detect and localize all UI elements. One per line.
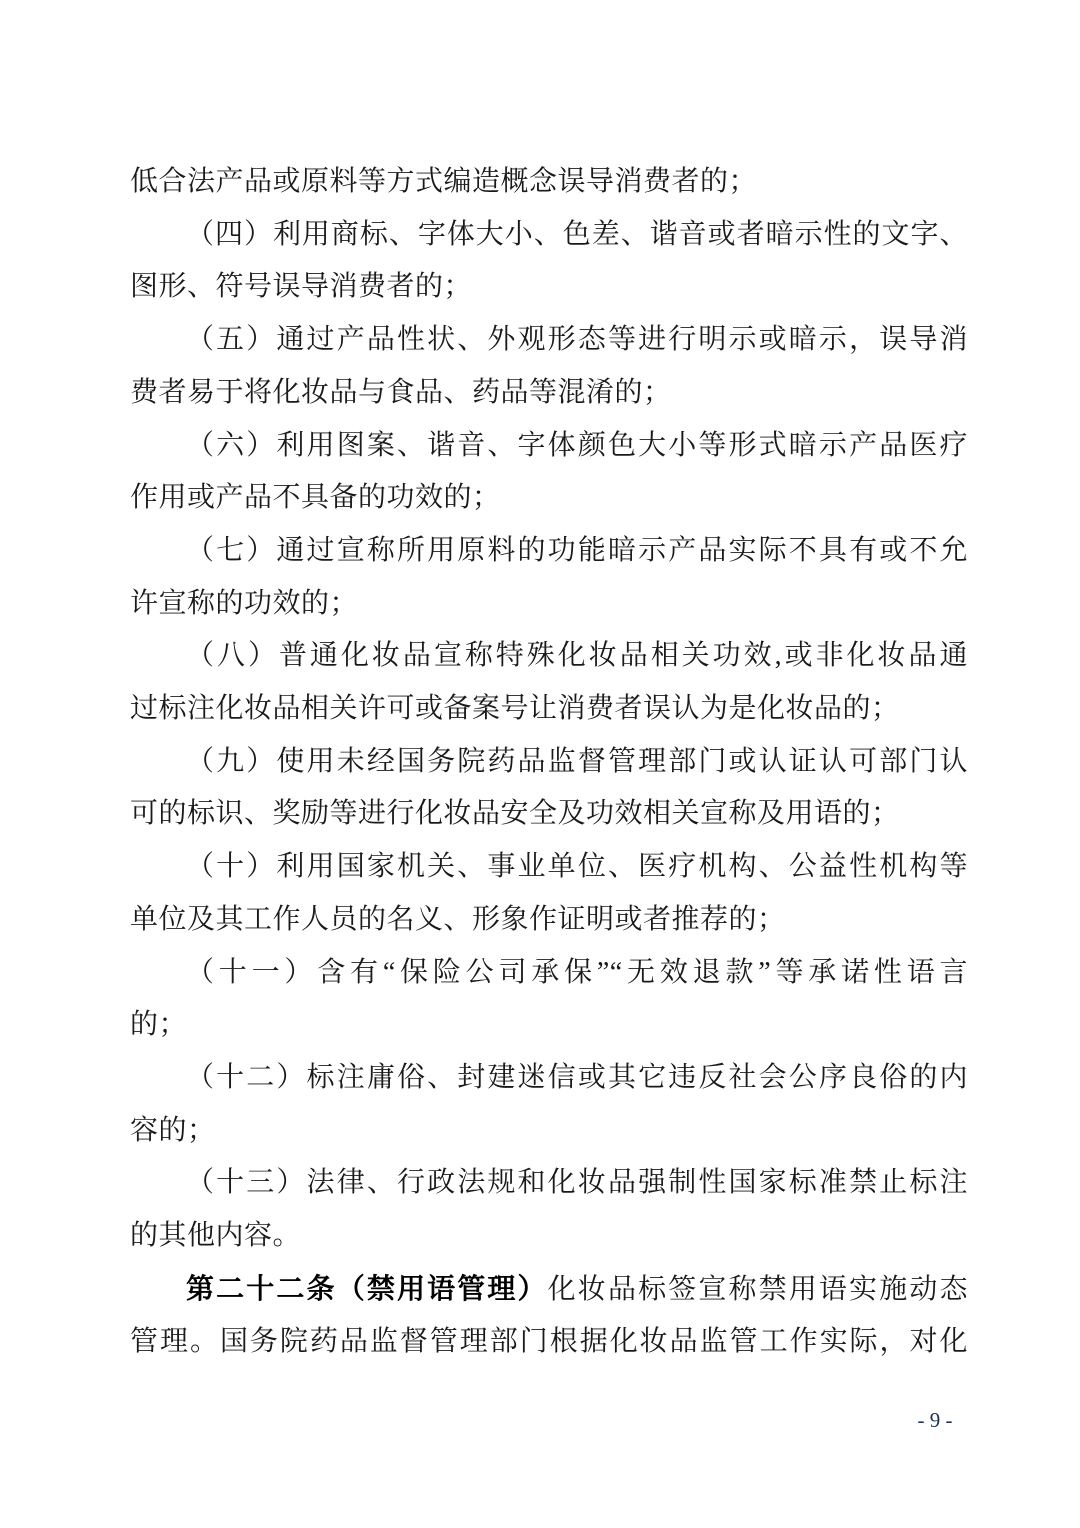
text-line: 过标注化妆品相关许可或备案号让消费者误认为是化妆品的；	[130, 683, 968, 736]
text-line: 可的标识、奖励等进行化妆品安全及功效相关宣称及用语的；	[130, 788, 968, 841]
text-line: 作用或产品不具备的功效的；	[130, 472, 968, 525]
text-line: （五）通过产品性状、外观形态等进行明示或暗示，误导消	[130, 314, 968, 367]
document-body: 低合法产品或原料等方式编造概念误导消费者的；（四）利用商标、字体大小、色差、谐音…	[130, 156, 968, 1369]
text-line: 容的；	[130, 1105, 968, 1158]
text-line: （七）通过宣称所用原料的功能暗示产品实际不具有或不允	[130, 525, 968, 578]
page-number: - 9 -	[888, 1408, 982, 1433]
article-heading: 第二十二条（禁用语管理）	[186, 1273, 548, 1304]
text-line: 许宣称的功效的；	[130, 578, 968, 631]
text-line: 的其他内容。	[130, 1210, 968, 1263]
text-line: （十二）标注庸俗、封建迷信或其它违反社会公序良俗的内	[130, 1052, 968, 1105]
text-line: 费者易于将化妆品与食品、药品等混淆的；	[130, 367, 968, 420]
text-line: （四）利用商标、字体大小、色差、谐音或者暗示性的文字、	[130, 209, 968, 262]
text-line: 图形、符号误导消费者的；	[130, 261, 968, 314]
text-line: （十）利用国家机关、事业单位、医疗机构、公益性机构等	[130, 841, 968, 894]
text-line: 低合法产品或原料等方式编造概念误导消费者的；	[130, 156, 968, 209]
text-line: 单位及其工作人员的名义、形象作证明或者推荐的；	[130, 894, 968, 947]
text-line: 管理。国务院药品监督管理部门根据化妆品监管工作实际，对化	[130, 1316, 968, 1369]
text-line: （八）普通化妆品宣称特殊化妆品相关功效,或非化妆品通	[130, 630, 968, 683]
text-line: 第二十二条（禁用语管理）化妆品标签宣称禁用语实施动态	[130, 1263, 968, 1317]
document-page: 低合法产品或原料等方式编造概念误导消费者的；（四）利用商标、字体大小、色差、谐音…	[0, 0, 1080, 1528]
text-line: （十一）含有“保险公司承保”“无效退款”等承诺性语言	[130, 947, 968, 1000]
text-line: （九）使用未经国务院药品监督管理部门或认证认可部门认	[130, 736, 968, 789]
text-line: （十三）法律、行政法规和化妆品强制性国家标准禁止标注	[130, 1157, 968, 1210]
text-line: （六）利用图案、谐音、字体颜色大小等形式暗示产品医疗	[130, 420, 968, 473]
text-line: 的；	[130, 999, 968, 1052]
